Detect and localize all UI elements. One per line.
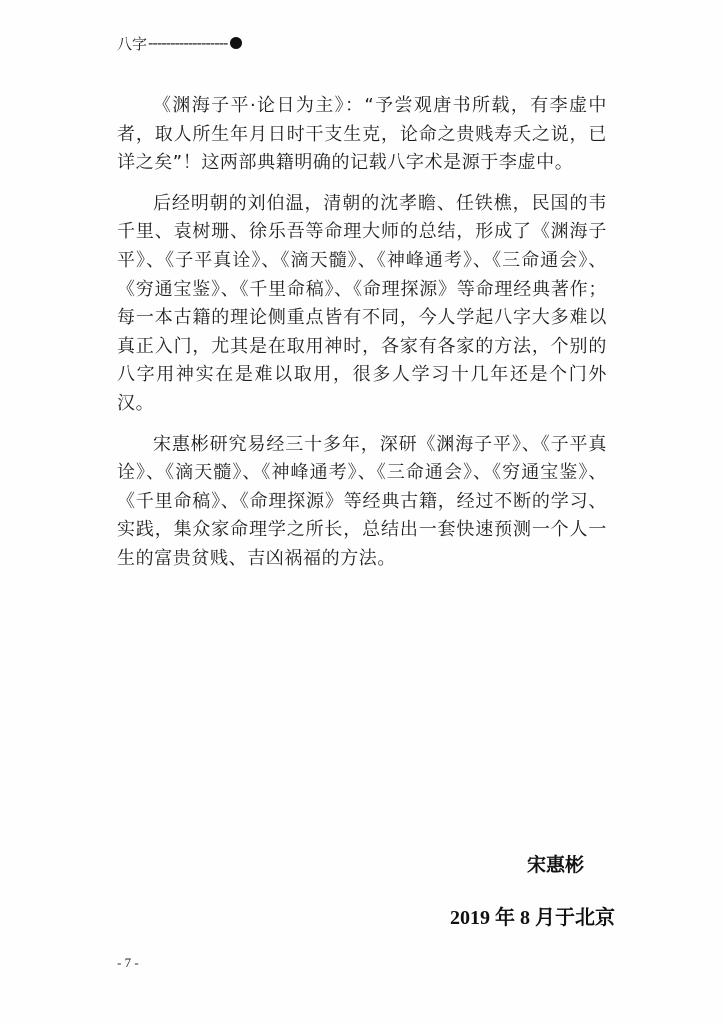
header-label: 八字	[117, 33, 147, 54]
paragraph-2: 后经明朝的刘伯温，清朝的沈孝瞻、任铁樵，民国的韦千里、袁树珊、徐乐吾等命理大师的…	[117, 190, 607, 419]
header-dashes: ------------------	[148, 34, 227, 52]
document-page: 八字 ------------------ 《渊海子平·论日为主》：“予尝观唐书…	[0, 0, 724, 1024]
bullet-circle-icon	[230, 37, 242, 49]
date-place: 2019 年 8 月于北京	[450, 901, 615, 930]
paragraph-1: 《渊海子平·论日为主》：“予尝观唐书所载，有李虚中者，取人所生年月日时干支生克，…	[117, 92, 607, 178]
author-signature: 宋惠彬	[527, 850, 584, 877]
running-header: 八字 ------------------	[117, 32, 242, 54]
body-text: 《渊海子平·论日为主》：“予尝观唐书所载，有李虚中者，取人所生年月日时干支生克，…	[117, 92, 607, 574]
paragraph-3: 宋惠彬研究易经三十多年，深研《渊海子平》、《子平真诠》、《滴天髓》、《神峰通考》…	[117, 431, 607, 574]
page-number: - 7 -	[117, 955, 139, 971]
